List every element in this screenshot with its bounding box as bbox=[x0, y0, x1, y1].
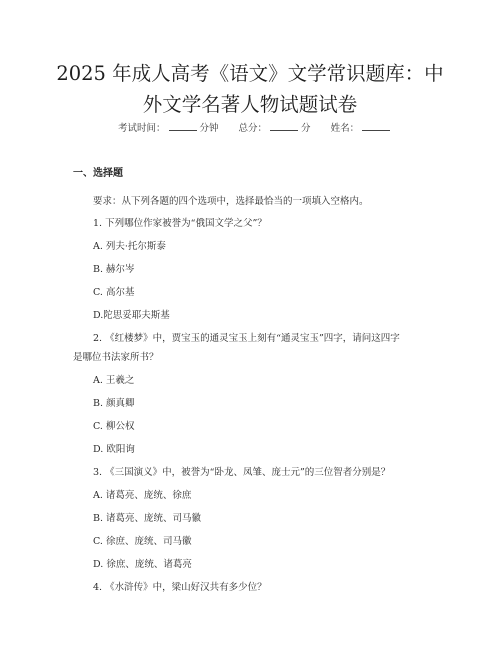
q1-option-d: D.陀思妥耶夫斯基 bbox=[93, 307, 170, 321]
q2-option-b: B. 颜真卿 bbox=[93, 395, 135, 409]
time-blank bbox=[169, 121, 197, 131]
name-blank bbox=[362, 121, 390, 131]
student-name: 姓名： bbox=[331, 120, 394, 134]
q3-option-b: B. 诸葛亮、庞统、司马徽 bbox=[93, 510, 201, 524]
document-title: 2025 年成人高考《语文》文学常识题库：中 外文学名著人物试题试卷 bbox=[0, 58, 500, 120]
q1-option-b: B. 赫尔岑 bbox=[93, 261, 135, 275]
q2-option-d: D. 欧阳询 bbox=[93, 441, 135, 455]
title-line-2: 外文学名著人物试题试卷 bbox=[0, 89, 500, 120]
question-2-line-2: 是哪位书法家所书？ bbox=[73, 349, 159, 363]
q3-option-d: D. 徐庶、庞统、诸葛亮 bbox=[93, 556, 192, 570]
q2-option-a: A. 王羲之 bbox=[93, 372, 134, 386]
total-score: 总分：分 bbox=[239, 120, 311, 134]
q1-option-a: A. 列夫·托尔斯泰 bbox=[93, 238, 166, 252]
section-heading: 一、选择题 bbox=[73, 164, 123, 179]
question-4: 4. 《水浒传》中，梁山好汉共有多少位？ bbox=[93, 579, 267, 593]
question-3: 3. 《三国演义》中，被誉为“卧龙、凤雏、庞士元”的三位智者分别是？ bbox=[93, 464, 390, 478]
question-2-line-1: 2. 《红楼梦》中，贾宝玉的通灵宝玉上刻有“通灵宝玉”四字，请问这四字 bbox=[93, 330, 400, 344]
title-line-1: 2025 年成人高考《语文》文学常识题库：中 bbox=[0, 58, 500, 89]
score-blank bbox=[270, 121, 298, 131]
exam-time: 考试时间：分钟 bbox=[118, 120, 219, 134]
q2-option-c: C. 柳公权 bbox=[93, 418, 134, 432]
exam-info: 考试时间：分钟 总分：分 姓名： bbox=[118, 120, 393, 134]
q1-option-c: C. 高尔基 bbox=[93, 284, 134, 298]
question-1: 1. 下列哪位作家被誉为“俄国文学之父”？ bbox=[93, 215, 267, 229]
q3-option-a: A. 诸葛亮、庞统、徐庶 bbox=[93, 487, 191, 501]
q3-option-c: C. 徐庶、庞统、司马徽 bbox=[93, 533, 191, 547]
section-instruction: 要求：从下列各题的四个选项中，选择最恰当的一项填入空格内。 bbox=[93, 193, 369, 207]
